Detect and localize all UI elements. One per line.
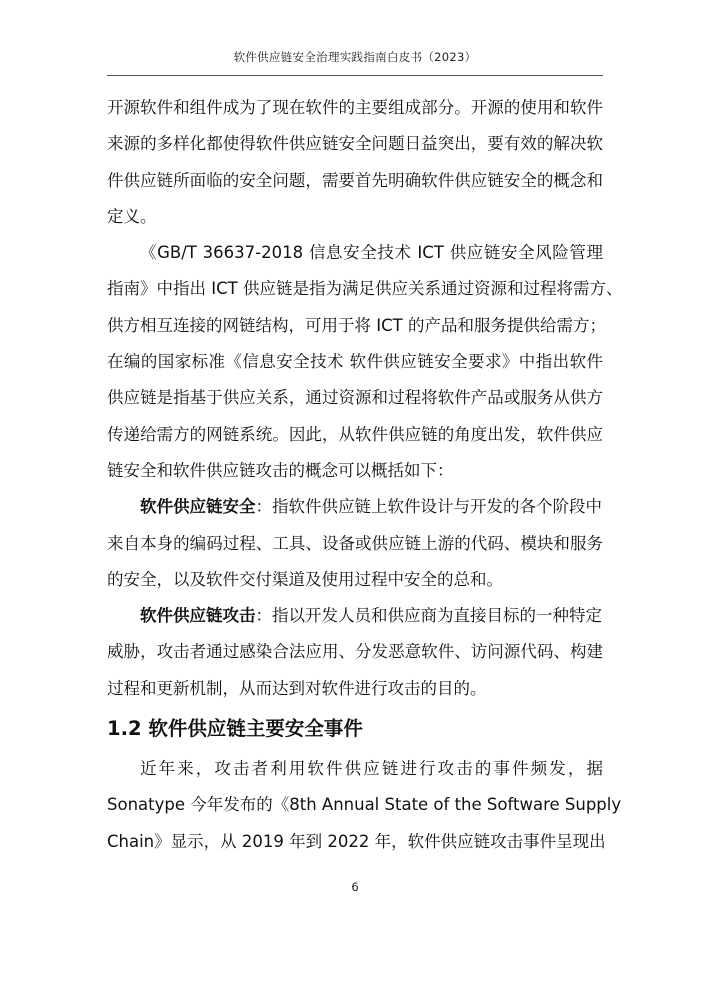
- running-header: 软件供应链安全治理实践指南白皮书（2023）: [107, 49, 603, 65]
- text-line: 过程和更新机制，从而达到对软件进行攻击的目的。: [107, 671, 603, 707]
- text-line: 来源的多样化都使得软件供应链安全问题日益突出，要有效的解决软: [107, 126, 603, 162]
- text-line: 定义。: [107, 199, 603, 235]
- text-line: 近年来，攻击者利用软件供应链进行攻击的事件频发，据: [107, 751, 603, 787]
- text-line: 威胁，攻击者通过感染合法应用、分发恶意软件、访问源代码、构建: [107, 634, 603, 670]
- text-line: 软件供应链攻击：指以开发人员和供应商为直接目标的一种特定: [107, 598, 603, 634]
- definition-term: 软件供应链安全: [140, 497, 256, 516]
- definition-supply-chain-security: 软件供应链安全：指软件供应链上软件设计与开发的各个阶段中 来自本身的编码过程、工…: [107, 489, 603, 598]
- text-line: 供方相互连接的网链结构，可用于将 ICT 的产品和服务提供给需方；: [107, 308, 603, 344]
- paragraph-intro: 开源软件和组件成为了现在软件的主要组成部分。开源的使用和软件 来源的多样化都使得…: [107, 90, 603, 235]
- text-line: 供应链是指基于供应关系，通过资源和过程将软件产品或服务从供方: [107, 380, 603, 416]
- page-number: 6: [0, 880, 710, 894]
- definition-supply-chain-attack: 软件供应链攻击：指以开发人员和供应商为直接目标的一种特定 威胁，攻击者通过感染合…: [107, 598, 603, 707]
- text-line: 在编的国家标准《信息安全技术 软件供应链安全要求》中指出软件: [107, 344, 603, 380]
- section-heading: 1.2 软件供应链主要安全事件: [107, 707, 603, 751]
- header-divider: [107, 75, 603, 76]
- text-line: 《GB/T 36637-2018 信息安全技术 ICT 供应链安全风险管理: [107, 235, 603, 271]
- paragraph-events: 近年来，攻击者利用软件供应链进行攻击的事件频发，据 Sonatype 今年发布的…: [107, 751, 603, 860]
- paragraph-standards: 《GB/T 36637-2018 信息安全技术 ICT 供应链安全风险管理 指南…: [107, 235, 603, 489]
- definition-term: 软件供应链攻击: [140, 606, 256, 625]
- document-body: 开源软件和组件成为了现在软件的主要组成部分。开源的使用和软件 来源的多样化都使得…: [107, 90, 603, 860]
- text-line: 开源软件和组件成为了现在软件的主要组成部分。开源的使用和软件: [107, 90, 603, 126]
- text-line: 指南》中指出 ICT 供应链是指为满足供应关系通过资源和过程将需方、: [107, 271, 603, 307]
- text-line: 传递给需方的网链系统。因此，从软件供应链的角度出发，软件供应: [107, 417, 603, 453]
- text-line: 来自本身的编码过程、工具、设备或供应链上游的代码、模块和服务: [107, 526, 603, 562]
- text-line: 链安全和软件供应链攻击的概念可以概括如下：: [107, 453, 603, 489]
- document-page: 软件供应链安全治理实践指南白皮书（2023） 开源软件和组件成为了现在软件的主要…: [0, 0, 710, 1004]
- text-line: Chain》显示，从 2019 年到 2022 年，软件供应链攻击事件呈现出: [107, 824, 603, 860]
- text-line: 件供应链所面临的安全问题，需要首先明确软件供应链安全的概念和: [107, 163, 603, 199]
- text-line: Sonatype 今年发布的《8th Annual State of the S…: [107, 787, 603, 823]
- definition-text: ：指以开发人员和供应商为直接目标的一种特定: [256, 606, 603, 625]
- definition-text: ：指软件供应链上软件设计与开发的各个阶段中: [256, 497, 603, 516]
- text-line: 软件供应链安全：指软件供应链上软件设计与开发的各个阶段中: [107, 489, 603, 525]
- text-line: 的安全，以及软件交付渠道及使用过程中安全的总和。: [107, 562, 603, 598]
